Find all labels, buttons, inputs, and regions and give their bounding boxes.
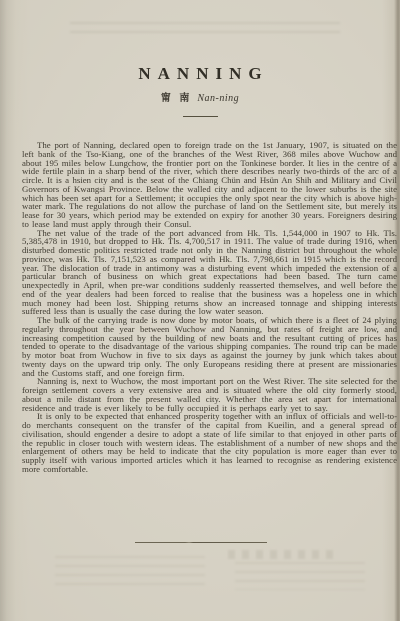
body-text: The port of Nanning, declared open to fo… [22,141,397,474]
scanned-book-page: NANNING 甯 南Nan-ning The port of Nanning,… [0,0,400,621]
page-subtitle: 甯 南Nan-ning [0,89,400,104]
show-through-bottom-right [235,562,365,590]
section-divider [135,542,267,543]
show-through-top [70,22,340,34]
chinese-title: 甯 南 [161,93,193,104]
body-paragraph: The port of Nanning, declared open to fo… [22,141,397,229]
body-paragraph: It is only to be expected that enhanced … [22,412,397,473]
page-header: NANNING 甯 南Nan-ning [0,64,400,117]
page-title: NANNING [0,64,400,84]
show-through-bottom-left [55,556,205,586]
romanized-title: Nan-ning [197,93,239,104]
show-through-chinese-row [228,550,338,559]
body-paragraph: The net value of the trade of the port a… [22,229,397,317]
title-divider [183,116,218,117]
body-paragraph: Nanning is, next to Wuchow, the most imp… [22,377,397,412]
body-paragraph: The bulk of the carrying trade is now do… [22,316,397,377]
